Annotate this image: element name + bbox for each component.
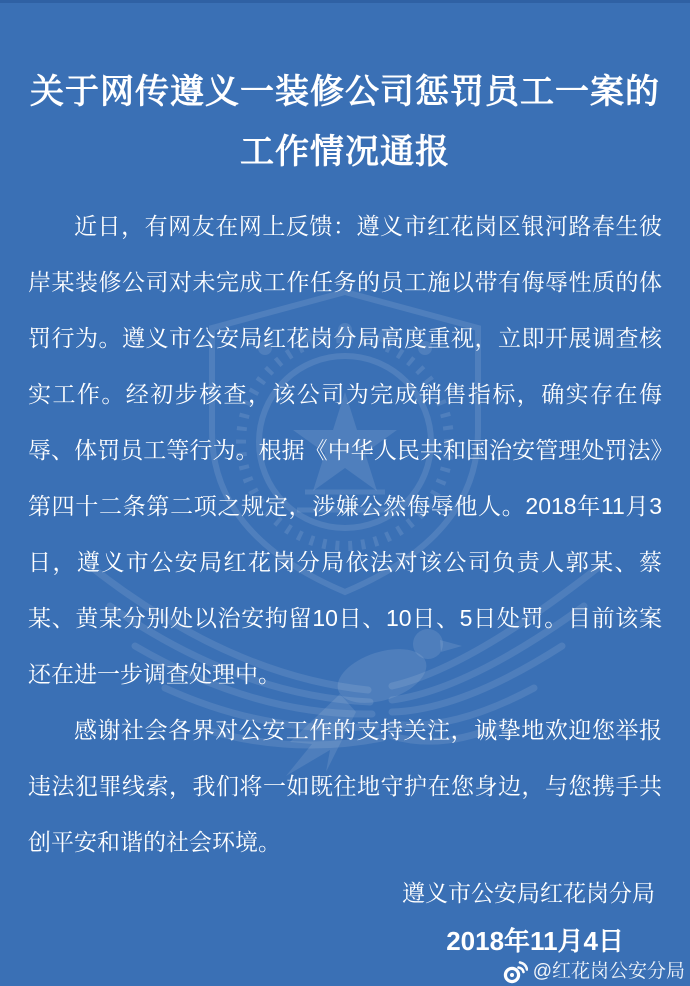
weibo-icon: [502, 960, 528, 984]
issuing-authority: 遵义市公安局红花岗分局: [28, 872, 662, 914]
weibo-attribution: @红花岗公安分局: [28, 960, 685, 984]
notice-paragraph-1: 近日，有网友在网上反馈：遵义市红花岗区银河路春生彼岸某装修公司对未完成工作任务的…: [28, 198, 662, 702]
notice-title: 关于网传遵义一装修公司惩罚员工一案的工作情况通报: [28, 62, 662, 182]
notice-content: 关于网传遵义一装修公司惩罚员工一案的工作情况通报 近日，有网友在网上反馈：遵义市…: [0, 62, 690, 984]
top-edge-divider: [0, 0, 690, 3]
weibo-handle: @红花岗公安分局: [533, 960, 685, 984]
notice-date: 2018年11月4日: [28, 922, 662, 960]
notice-paragraph-2: 感谢社会各界对公安工作的支持关注，诚挚地欢迎您举报违法犯罪线索，我们将一如既往地…: [28, 702, 662, 870]
police-notice-page: 关于网传遵义一装修公司惩罚员工一案的工作情况通报 近日，有网友在网上反馈：遵义市…: [0, 0, 690, 986]
